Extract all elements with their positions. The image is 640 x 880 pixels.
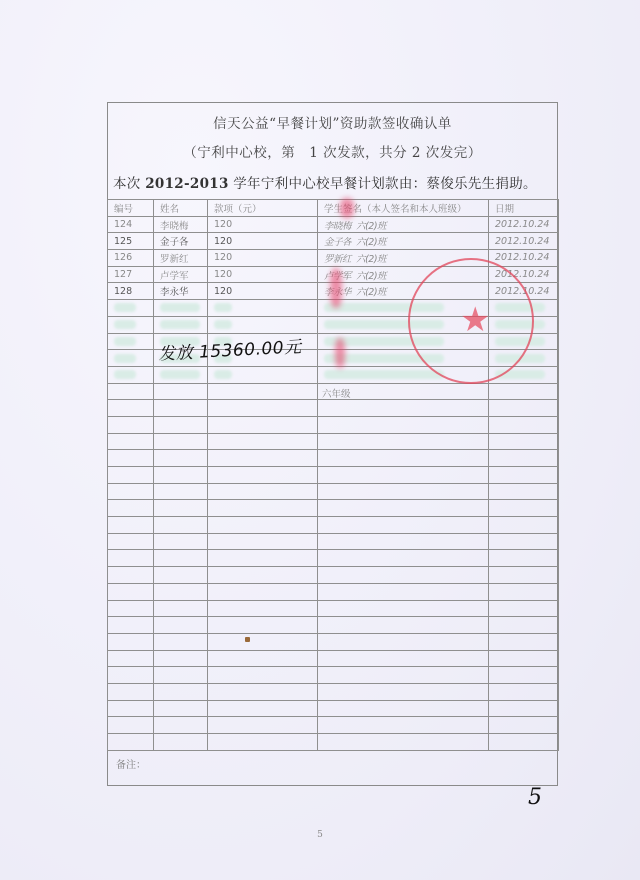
form-title: 信天公益“早餐计划”资助款签收确认单	[107, 112, 558, 132]
table-row	[108, 533, 559, 550]
table-cell	[318, 667, 489, 684]
table-cell	[318, 533, 489, 550]
redacted-block	[214, 303, 232, 312]
table-cell	[208, 450, 318, 467]
table-cell	[489, 700, 559, 717]
table-cell	[108, 700, 154, 717]
table-cell	[154, 567, 208, 584]
ink-smear	[335, 338, 345, 368]
table-cell	[108, 734, 154, 751]
table-cell	[208, 300, 318, 317]
table-cell	[489, 550, 559, 567]
table-cell	[318, 550, 489, 567]
header-name: 姓名	[154, 200, 208, 217]
table-cell	[108, 316, 154, 333]
table-cell	[154, 583, 208, 600]
table-cell	[318, 500, 489, 517]
table-row	[108, 667, 559, 684]
table-cell	[489, 517, 559, 534]
cell-name: 李晓梅	[154, 216, 208, 233]
table-cell	[208, 316, 318, 333]
table-row	[108, 467, 559, 484]
table-row	[108, 450, 559, 467]
stain-mark	[245, 637, 250, 642]
table-cell	[208, 617, 318, 634]
table-row	[108, 734, 559, 751]
table-cell	[318, 617, 489, 634]
table-row	[108, 517, 559, 534]
table-row	[108, 483, 559, 500]
table-cell	[318, 633, 489, 650]
table-cell	[208, 683, 318, 700]
table-row	[108, 700, 559, 717]
table-cell	[489, 667, 559, 684]
table-cell	[318, 683, 489, 700]
redacted-block	[114, 337, 136, 346]
table-cell	[318, 416, 489, 433]
table-cell	[154, 500, 208, 517]
table-cell	[318, 717, 489, 734]
table-header-row: 编号 姓名 款项（元） 学生签名（本人签名和本人班级） 日期	[108, 200, 559, 217]
table-cell	[154, 383, 208, 400]
table-cell	[208, 433, 318, 450]
table-cell	[108, 717, 154, 734]
header-id: 编号	[108, 200, 154, 217]
table-cell	[154, 400, 208, 417]
signature-name: 李晓梅	[324, 221, 351, 232]
cell-signature: 金子各 六(2)班	[318, 233, 489, 250]
table-cell	[108, 467, 154, 484]
table-cell	[108, 683, 154, 700]
table-row	[108, 550, 559, 567]
redacted-block	[214, 320, 232, 329]
cell-name: 卢学军	[154, 266, 208, 283]
table-cell	[154, 550, 208, 567]
table-row	[108, 633, 559, 650]
table-cell	[318, 567, 489, 584]
redacted-block	[114, 370, 136, 379]
table-cell	[154, 683, 208, 700]
table-cell	[208, 416, 318, 433]
table-cell	[108, 617, 154, 634]
table-cell	[208, 467, 318, 484]
cell-amount: 120	[208, 233, 318, 250]
cell-id: 124	[108, 216, 154, 233]
donor-prefix: 本次	[113, 176, 141, 192]
table-row	[108, 583, 559, 600]
donor-year: 2012-2013	[145, 176, 228, 192]
cell-amount: 120	[208, 216, 318, 233]
table-cell	[108, 633, 154, 650]
handwritten-page-mark: 5	[528, 785, 542, 810]
table-cell	[154, 433, 208, 450]
table-cell	[154, 450, 208, 467]
redacted-block	[114, 354, 136, 363]
table-cell	[489, 617, 559, 634]
table-cell	[154, 366, 208, 383]
table-cell	[108, 350, 154, 367]
table-cell	[318, 467, 489, 484]
table-cell	[154, 517, 208, 534]
table-row	[108, 433, 559, 450]
table-cell	[108, 383, 154, 400]
table-cell	[208, 567, 318, 584]
table-cell	[208, 734, 318, 751]
table-cell	[318, 517, 489, 534]
table-cell	[154, 416, 208, 433]
table-cell	[108, 433, 154, 450]
table-cell	[489, 600, 559, 617]
table-cell	[208, 667, 318, 684]
table-cell	[489, 483, 559, 500]
table-cell	[318, 400, 489, 417]
table-cell	[208, 600, 318, 617]
table-cell	[154, 633, 208, 650]
redacted-block	[160, 320, 200, 329]
table-row	[108, 567, 559, 584]
table-row	[108, 717, 559, 734]
table-cell	[208, 383, 318, 400]
table-cell	[108, 533, 154, 550]
cell-id: 128	[108, 283, 154, 300]
table-cell	[489, 633, 559, 650]
table-cell	[489, 717, 559, 734]
table-cell	[208, 717, 318, 734]
cell-signature: 李晓梅 六(2)班	[318, 216, 489, 233]
table-cell	[318, 433, 489, 450]
table-cell	[108, 517, 154, 534]
table-cell	[318, 734, 489, 751]
table-cell	[318, 450, 489, 467]
table-cell	[489, 683, 559, 700]
table-cell	[108, 450, 154, 467]
table-cell	[208, 483, 318, 500]
table-cell	[208, 500, 318, 517]
table-row	[108, 400, 559, 417]
redacted-block	[324, 370, 444, 379]
table-cell	[154, 734, 208, 751]
table-cell	[208, 633, 318, 650]
table-cell	[489, 567, 559, 584]
table-cell	[154, 300, 208, 317]
table-cell	[154, 667, 208, 684]
table-cell	[108, 400, 154, 417]
signature-class: 六(2)班	[356, 237, 386, 248]
donor-line: 本次 2012-2013 学年宁利中心校早餐计划款由：蔡俊乐先生捐助。	[113, 172, 558, 192]
signature-class: 六(2)班	[356, 221, 386, 232]
table-cell	[154, 316, 208, 333]
table-cell	[108, 667, 154, 684]
table-cell	[154, 483, 208, 500]
table-cell	[318, 650, 489, 667]
cell-amount: 120	[208, 283, 318, 300]
table-cell	[108, 333, 154, 350]
cell-id: 126	[108, 250, 154, 267]
table-cell	[108, 583, 154, 600]
table-cell	[489, 533, 559, 550]
cell-name: 罗新红	[154, 250, 208, 267]
table-cell	[208, 533, 318, 550]
cell-amount: 120	[208, 250, 318, 267]
redacted-block	[160, 303, 200, 312]
grade-note: 六年级	[322, 386, 351, 400]
table-cell	[154, 700, 208, 717]
table-row	[108, 683, 559, 700]
redacted-block	[214, 370, 232, 379]
redacted-block	[114, 303, 136, 312]
table-cell	[108, 366, 154, 383]
table-cell	[108, 650, 154, 667]
table-cell	[489, 583, 559, 600]
table-cell	[208, 517, 318, 534]
table-cell	[489, 383, 559, 400]
table-cell	[154, 617, 208, 634]
table-cell	[208, 400, 318, 417]
table-row	[108, 416, 559, 433]
table-cell	[489, 416, 559, 433]
table-cell	[489, 500, 559, 517]
table-row	[108, 500, 559, 517]
cell-name: 金子各	[154, 233, 208, 250]
cell-date: 2012.10.24	[489, 233, 559, 250]
table-row: 125 金子各 120 金子各 六(2)班 2012.10.24	[108, 233, 559, 250]
table-cell	[108, 483, 154, 500]
header-amount: 款项（元）	[208, 200, 318, 217]
star-icon: ★	[460, 300, 490, 340]
cell-date: 2012.10.24	[489, 216, 559, 233]
table-cell	[489, 450, 559, 467]
table-cell	[108, 500, 154, 517]
table-cell	[489, 400, 559, 417]
cell-id: 127	[108, 266, 154, 283]
table-cell	[489, 734, 559, 751]
redacted-block	[114, 320, 136, 329]
table-cell	[154, 650, 208, 667]
ink-smear	[330, 268, 342, 308]
table-row: 124 李晓梅 120 李晓梅 六(2)班 2012.10.24	[108, 216, 559, 233]
table-cell	[318, 600, 489, 617]
table-cell	[108, 550, 154, 567]
cell-id: 125	[108, 233, 154, 250]
table-row	[108, 600, 559, 617]
table-cell	[208, 366, 318, 383]
table-cell	[154, 717, 208, 734]
table-cell	[108, 300, 154, 317]
form-subtitle: （宁利中心校，第 1 次发款，共分 2 次发完）	[107, 141, 558, 161]
table-cell	[318, 483, 489, 500]
signature-class: 六(2)班	[356, 254, 386, 265]
cell-name: 李永华	[154, 283, 208, 300]
donor-text: 学年宁利中心校早餐计划款由：蔡俊乐先生捐助。	[233, 176, 537, 192]
table-cell	[154, 600, 208, 617]
table-cell	[318, 700, 489, 717]
signature-name: 金子各	[324, 237, 351, 248]
remarks-label: 备注：	[116, 756, 146, 771]
signature-class: 六(2)班	[356, 271, 386, 282]
table-cell	[154, 467, 208, 484]
table-cell	[489, 467, 559, 484]
table-cell	[208, 583, 318, 600]
table-cell	[108, 600, 154, 617]
table-cell	[489, 650, 559, 667]
table-row	[108, 650, 559, 667]
table-cell	[154, 533, 208, 550]
table-row	[108, 617, 559, 634]
table-cell	[208, 650, 318, 667]
ink-smear	[340, 198, 354, 218]
table-cell	[318, 583, 489, 600]
table-cell	[108, 416, 154, 433]
table-cell	[108, 567, 154, 584]
redacted-block	[160, 370, 200, 379]
table-cell	[208, 700, 318, 717]
header-date: 日期	[489, 200, 559, 217]
page-number: 5	[0, 830, 640, 840]
table-cell	[489, 433, 559, 450]
cell-amount: 120	[208, 266, 318, 283]
signature-class: 六(2)班	[356, 287, 386, 298]
signature-name: 罗新红	[324, 254, 351, 265]
table-cell	[208, 550, 318, 567]
